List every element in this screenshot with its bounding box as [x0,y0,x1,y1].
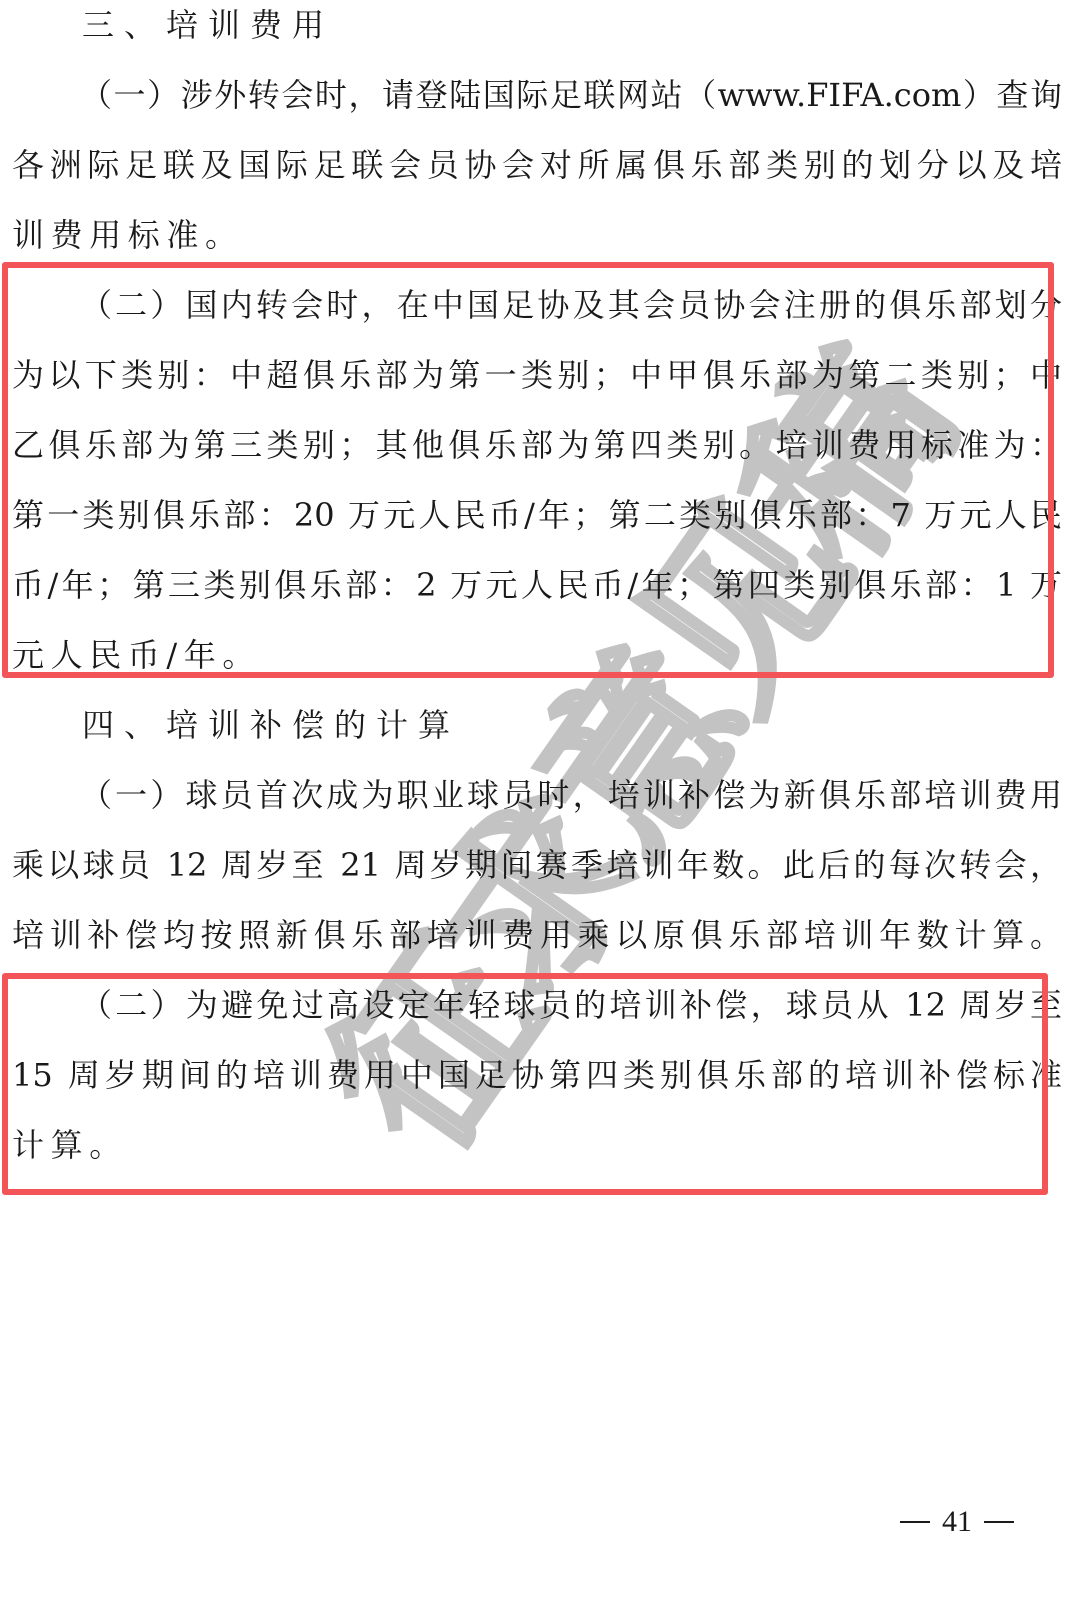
section-heading-compensation-calculation: 四、培训补偿的计算 [82,700,1080,750]
page-number: 41 [942,1505,972,1539]
paragraph-line: （一）球员首次成为职业球员时，培训补偿为新俱乐部培训费用 [80,770,1062,820]
paragraph-line: 第一类别俱乐部：20 万元人民币/年；第二类别俱乐部：7 万元人民 [12,490,1062,540]
paragraph-line: 15 周岁期间的培训费用中国足协第四类别俱乐部的培训补偿标准 [12,1050,1062,1100]
paragraph-line: 元人民币/年。 [12,630,1062,680]
paragraph-line: 计算。 [12,1120,1062,1170]
dash-right [984,1521,1014,1523]
section-heading-training-fees: 三、培训费用 [82,0,1080,50]
paragraph-line: （二）国内转会时，在中国足协及其会员协会注册的俱乐部划分 [80,280,1062,330]
dash-left [900,1521,930,1523]
paragraph-line: 乙俱乐部为第三类别；其他俱乐部为第四类别。培训费用标准为： [12,420,1062,470]
document-page: 征求意见稿 三、培训费用 （一）涉外转会时，请登陆国际足联网站（www.FIFA… [0,0,1080,1606]
paragraph-line: 训费用标准。 [12,210,1062,260]
paragraph-line: 乘以球员 12 周岁至 21 周岁期间赛季培训年数。此后的每次转会， [12,840,1062,890]
paragraph-line: 培训补偿均按照新俱乐部培训费用乘以原俱乐部培训年数计算。 [12,910,1062,960]
paragraph-line: （二）为避免过高设定年轻球员的培训补偿，球员从 12 周岁至 [80,980,1062,1030]
paragraph-line: 为以下类别：中超俱乐部为第一类别；中甲俱乐部为第二类别；中 [12,350,1062,400]
paragraph-line: （一）涉外转会时，请登陆国际足联网站（www.FIFA.com）查询 [80,70,1062,120]
paragraph-line: 各洲际足联及国际足联会员协会对所属俱乐部类别的划分以及培 [12,140,1062,190]
page-footer: 41 [900,1500,1040,1544]
paragraph-line: 币/年；第三类别俱乐部：2 万元人民币/年；第四类别俱乐部：1 万 [12,560,1062,610]
